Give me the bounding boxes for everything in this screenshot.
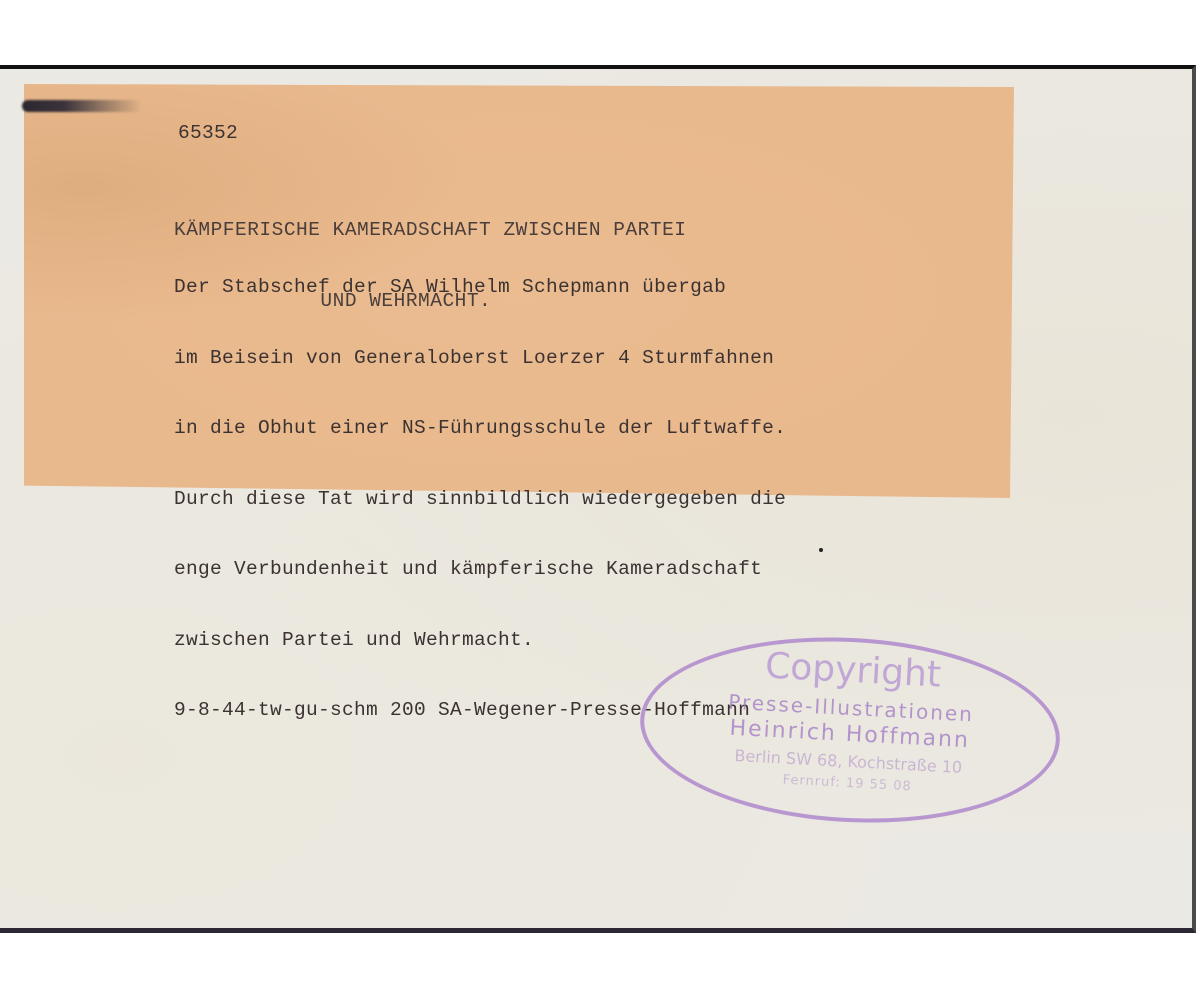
body-line: im Beisein von Generaloberst Loerzer 4 S… [174, 347, 786, 371]
ink-dot [819, 548, 823, 552]
body-line: Der Stabschef der SA Wilhelm Schepmann ü… [174, 276, 786, 300]
body-line: enge Verbundenheit und kämpferische Kame… [174, 558, 786, 582]
reference-number: 65352 [178, 122, 238, 146]
ink-smear-mark [22, 100, 142, 112]
body-line: in die Obhut einer NS-Führungsschule der… [174, 417, 786, 441]
body-line: Durch diese Tat wird sinnbildlich wieder… [174, 488, 786, 512]
